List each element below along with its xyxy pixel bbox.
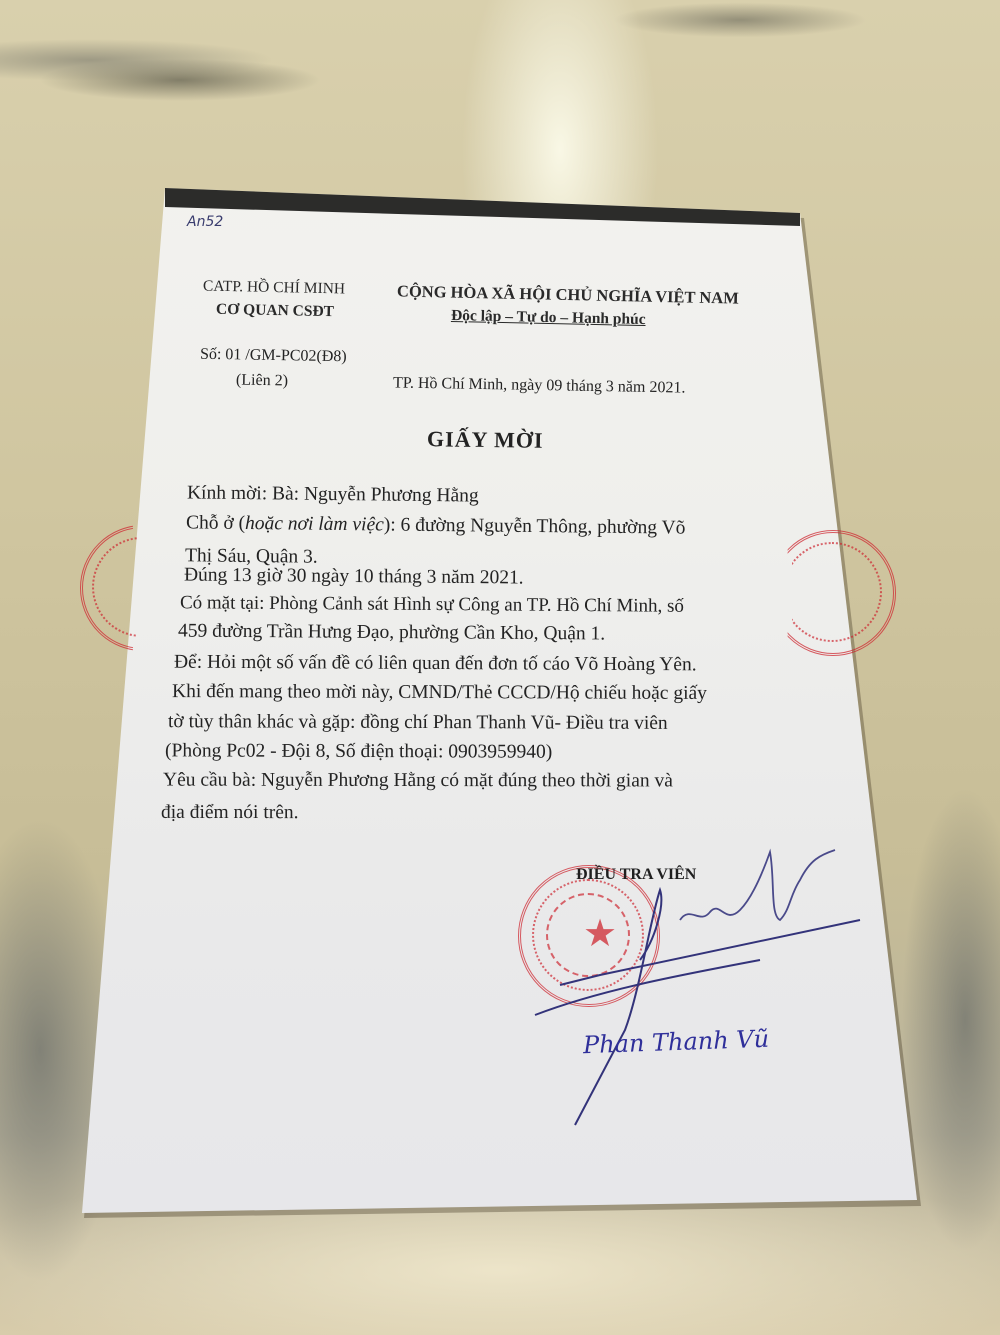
signature-scribble — [0, 0, 1000, 1335]
invitation-document: An52 CATP. HỒ CHÍ MINH CƠ QUAN CSĐT CỘNG… — [0, 0, 1000, 1335]
